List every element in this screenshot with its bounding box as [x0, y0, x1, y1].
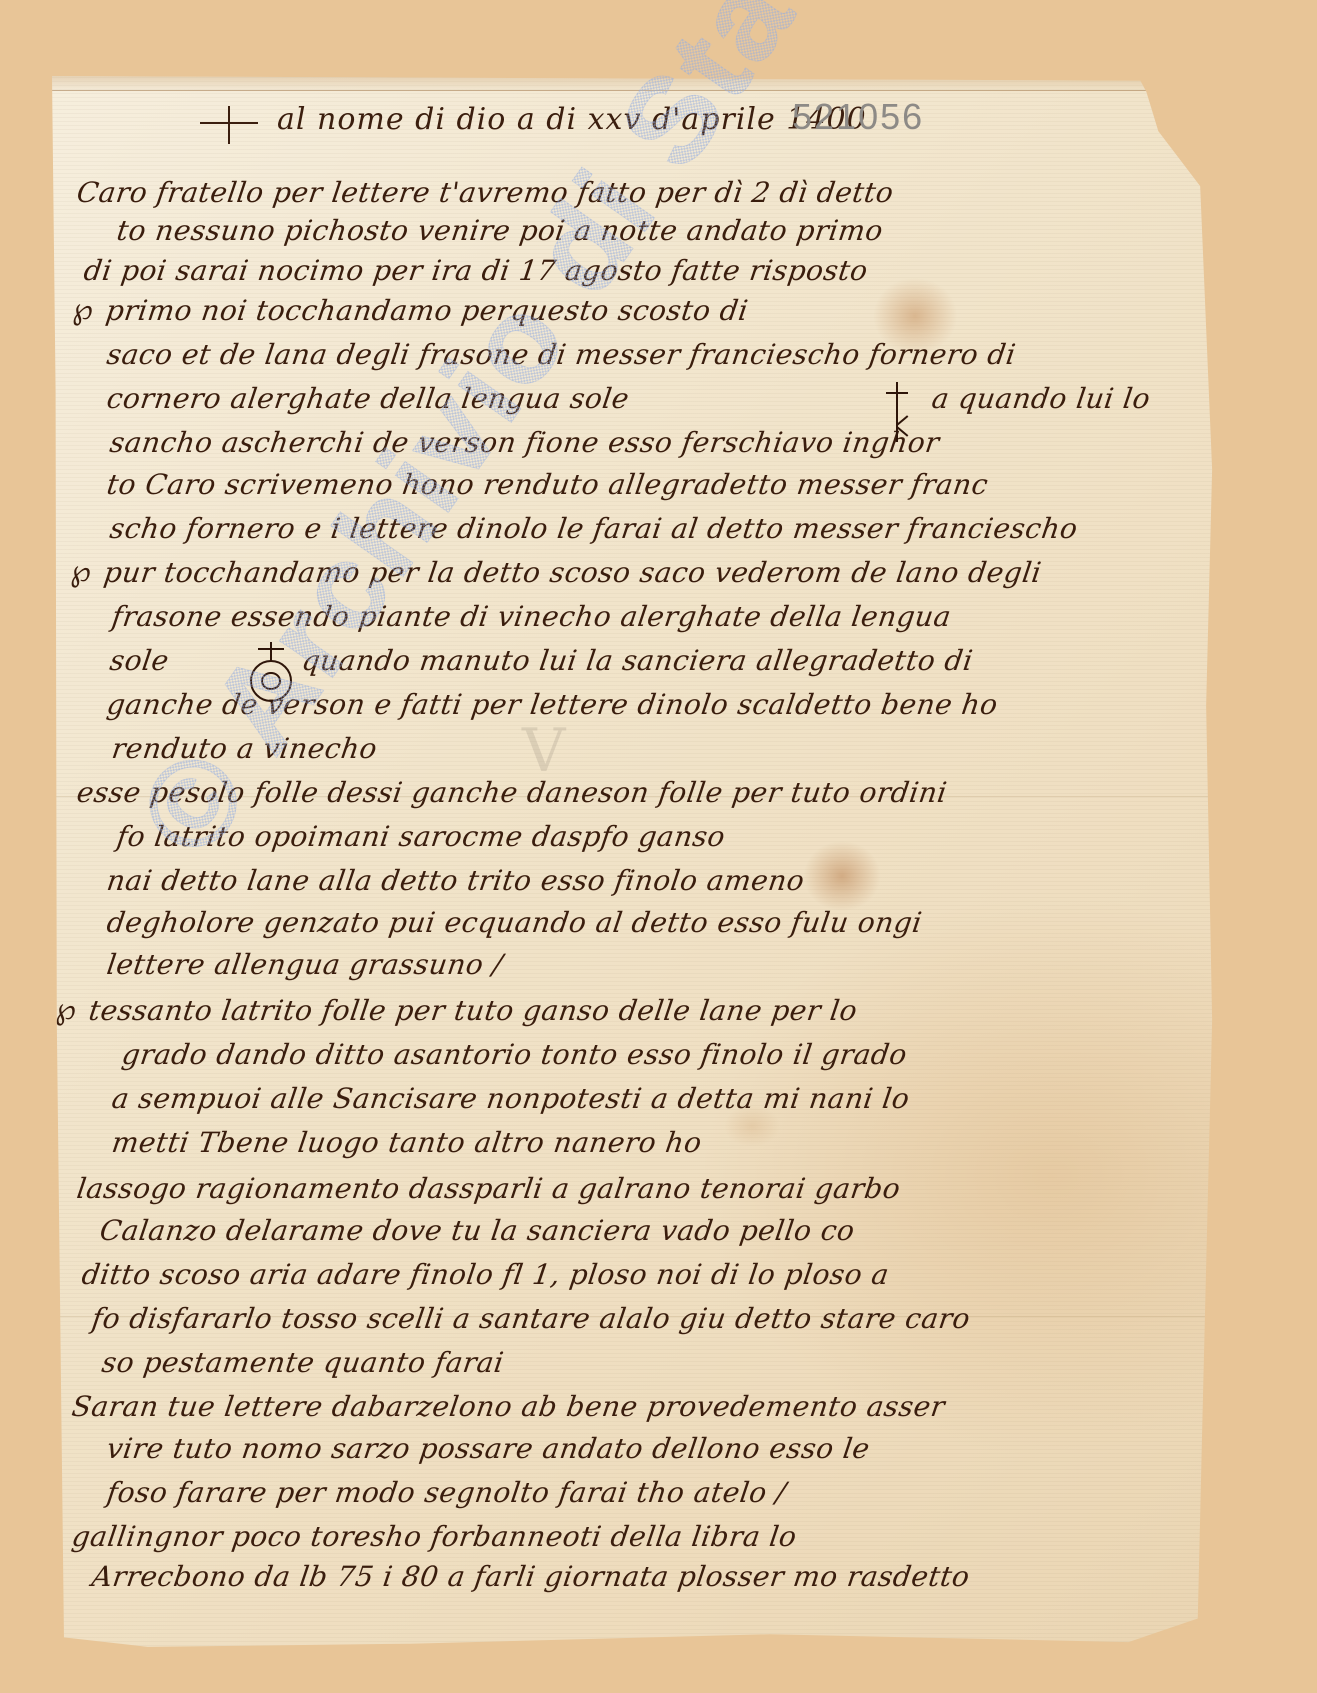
manuscript-line: vire tuto nomo sarzo possare andato dell…	[105, 1432, 872, 1466]
manuscript-line: sole	[108, 644, 172, 678]
manuscript-line: primo noi tocchandamo perquesto scosto d…	[104, 294, 751, 328]
manuscript-line: Saran tue lettere dabarzelono ab bene pr…	[70, 1390, 948, 1424]
manuscript-line: fo disfararlo tosso scelli a santare ala…	[90, 1302, 973, 1336]
manuscript-line: Calanzo delarame dove tu la sanciera vad…	[98, 1214, 857, 1248]
manuscript-line: gallingnor poco toresho forbanneoti dell…	[70, 1520, 799, 1554]
manuscript-line: Arrecbono da lb 75 i 80 a farli giornata…	[90, 1560, 972, 1594]
manuscript-line: metti Tbene luogo tanto altro nanero ho	[110, 1126, 704, 1160]
manuscript-line: so pestamente quanto farai	[100, 1346, 506, 1380]
manuscript-line: lassogo ragionamento dassparli a galrano…	[75, 1172, 903, 1206]
manuscript-line: grado dando ditto asantorio tonto esso f…	[120, 1038, 910, 1072]
paragraph-mark-icon: ℘	[55, 992, 76, 1027]
manuscript-line: a quando lui lo	[930, 382, 1153, 416]
manuscript-line: a sempuoi alle Sancisare nonpotesti a de…	[110, 1082, 912, 1116]
manuscript-line: quando manuto lui la sanciera allegradet…	[300, 644, 975, 678]
manuscript-line: foso farare per modo segnolto farai tho …	[105, 1476, 789, 1510]
manuscript-line: ditto scoso aria adare finolo fl 1, plos…	[80, 1258, 892, 1292]
manuscript-line: Caro fratello per lettere t'avremo fatto…	[75, 176, 896, 210]
manuscript-line: scho fornero e i lettere dinolo le farai…	[108, 512, 1080, 546]
manuscript-line: pur tocchandamo per la detto scoso saco …	[102, 556, 1044, 590]
paragraph-mark-icon: ℘	[70, 554, 91, 589]
manuscript-line: lettere allengua grassuno /	[105, 948, 505, 982]
manuscript-line: to Caro scrivemeno hono renduto allegrad…	[105, 468, 991, 502]
manuscript-line: tessanto latrito folle per tuto ganso de…	[87, 994, 860, 1028]
paragraph-mark-icon: ℘	[72, 292, 93, 327]
manuscript-line: degholore genzato pui ecquando al detto …	[105, 906, 925, 940]
merchant-mark-icon	[884, 382, 912, 446]
